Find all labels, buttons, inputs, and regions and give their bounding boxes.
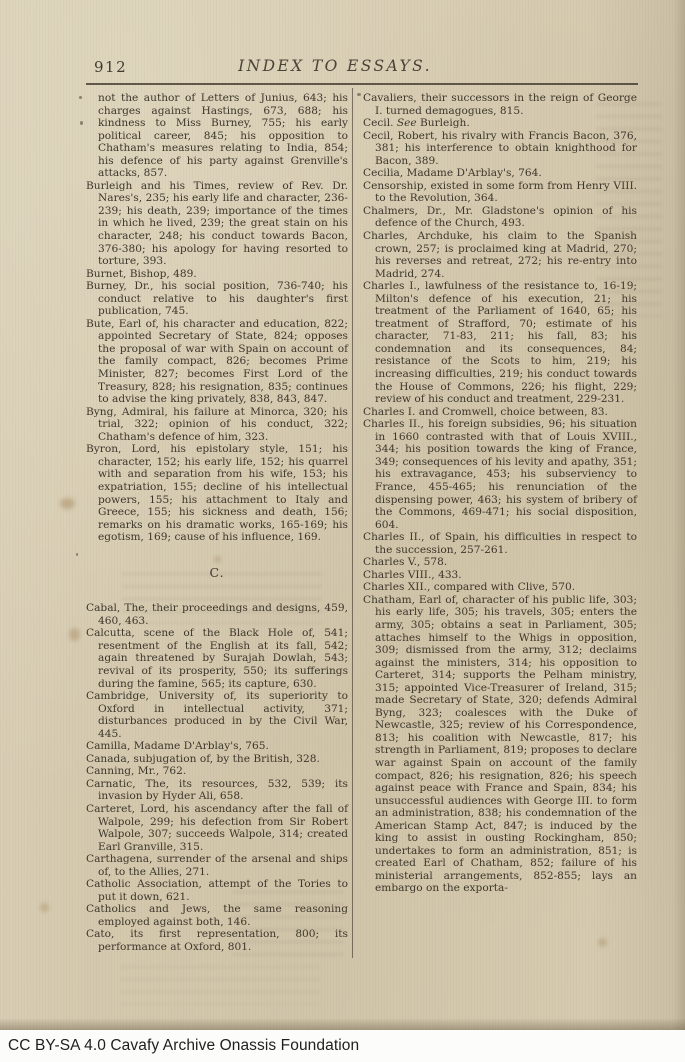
- license-bar: CC BY-SA 4.0 Cavafy Archive Onassis Foun…: [0, 1030, 685, 1062]
- index-entry: Cambridge, University of, its superiorit…: [86, 690, 348, 740]
- index-entry: Charles II., his foreign subsidies, 96; …: [363, 418, 637, 531]
- index-entry: Charles I. and Cromwell, choice between,…: [363, 406, 637, 419]
- paper-stain: [69, 628, 80, 641]
- index-entry: Carthagena, surrender of the arsenal and…: [86, 853, 348, 878]
- index-entry: not the author of Letters of Junius, 643…: [86, 92, 348, 180]
- index-entry: Byron, Lord, his epistolary style, 151; …: [86, 443, 348, 543]
- paper-stain: [598, 938, 607, 947]
- left-column: not the author of Letters of Junius, 643…: [86, 92, 348, 954]
- left-column-entries-b: not the author of Letters of Junius, 643…: [86, 92, 348, 544]
- index-entry: Charles V., 578.: [363, 556, 637, 569]
- paper-stain: [214, 556, 221, 563]
- index-entry: Burnet, Bishop, 489.: [86, 268, 348, 281]
- index-entry: Burleigh and his Times, review of Rev. D…: [86, 180, 348, 268]
- ink-speck: [357, 93, 361, 96]
- column-divider-rule: [352, 88, 353, 958]
- bleed-through-text: [120, 965, 320, 1005]
- header-rule: [86, 83, 638, 85]
- paper-stain: [60, 498, 75, 509]
- index-entry: Chatham, Earl of, character of his publi…: [363, 594, 637, 895]
- index-entry: Charles XII., compared with Clive, 570.: [363, 581, 637, 594]
- running-title: INDEX TO ESSAYS.: [85, 57, 585, 75]
- paper-stain: [40, 903, 49, 912]
- index-entry: Charles II., of Spain, his difficulties …: [363, 531, 637, 556]
- index-entry: Bute, Earl of, his character and educati…: [86, 318, 348, 406]
- scanned-book-page: 912 INDEX TO ESSAYS. not the author of L…: [0, 0, 685, 1030]
- index-entry: Canning, Mr., 762.: [86, 765, 348, 778]
- bleed-through-text: [122, 572, 322, 624]
- bleed-through-text: [232, 890, 344, 958]
- license-text: CC BY-SA 4.0 Cavafy Archive Onassis Foun…: [0, 1037, 359, 1055]
- index-entry: Carnatic, The, its resources, 532, 539; …: [86, 778, 348, 803]
- ink-speck: [80, 121, 83, 125]
- index-entry: Carteret, Lord, his ascendancy after the…: [86, 803, 348, 853]
- ink-speck: [76, 553, 78, 556]
- index-entry: Canada, subjugation of, by the British, …: [86, 753, 348, 766]
- index-entry: Calcutta, scene of the Black Hole of, 54…: [86, 627, 348, 690]
- index-entry: Charles VIII., 433.: [363, 569, 637, 582]
- index-entry: Byng, Admiral, his failure at Minorca, 3…: [86, 406, 348, 444]
- bleed-through-text: [596, 102, 662, 317]
- ink-speck: [79, 96, 82, 99]
- index-entry: Camilla, Madame D'Arblay's, 765.: [86, 740, 348, 753]
- index-entry: Burney, Dr., his social position, 736-74…: [86, 280, 348, 318]
